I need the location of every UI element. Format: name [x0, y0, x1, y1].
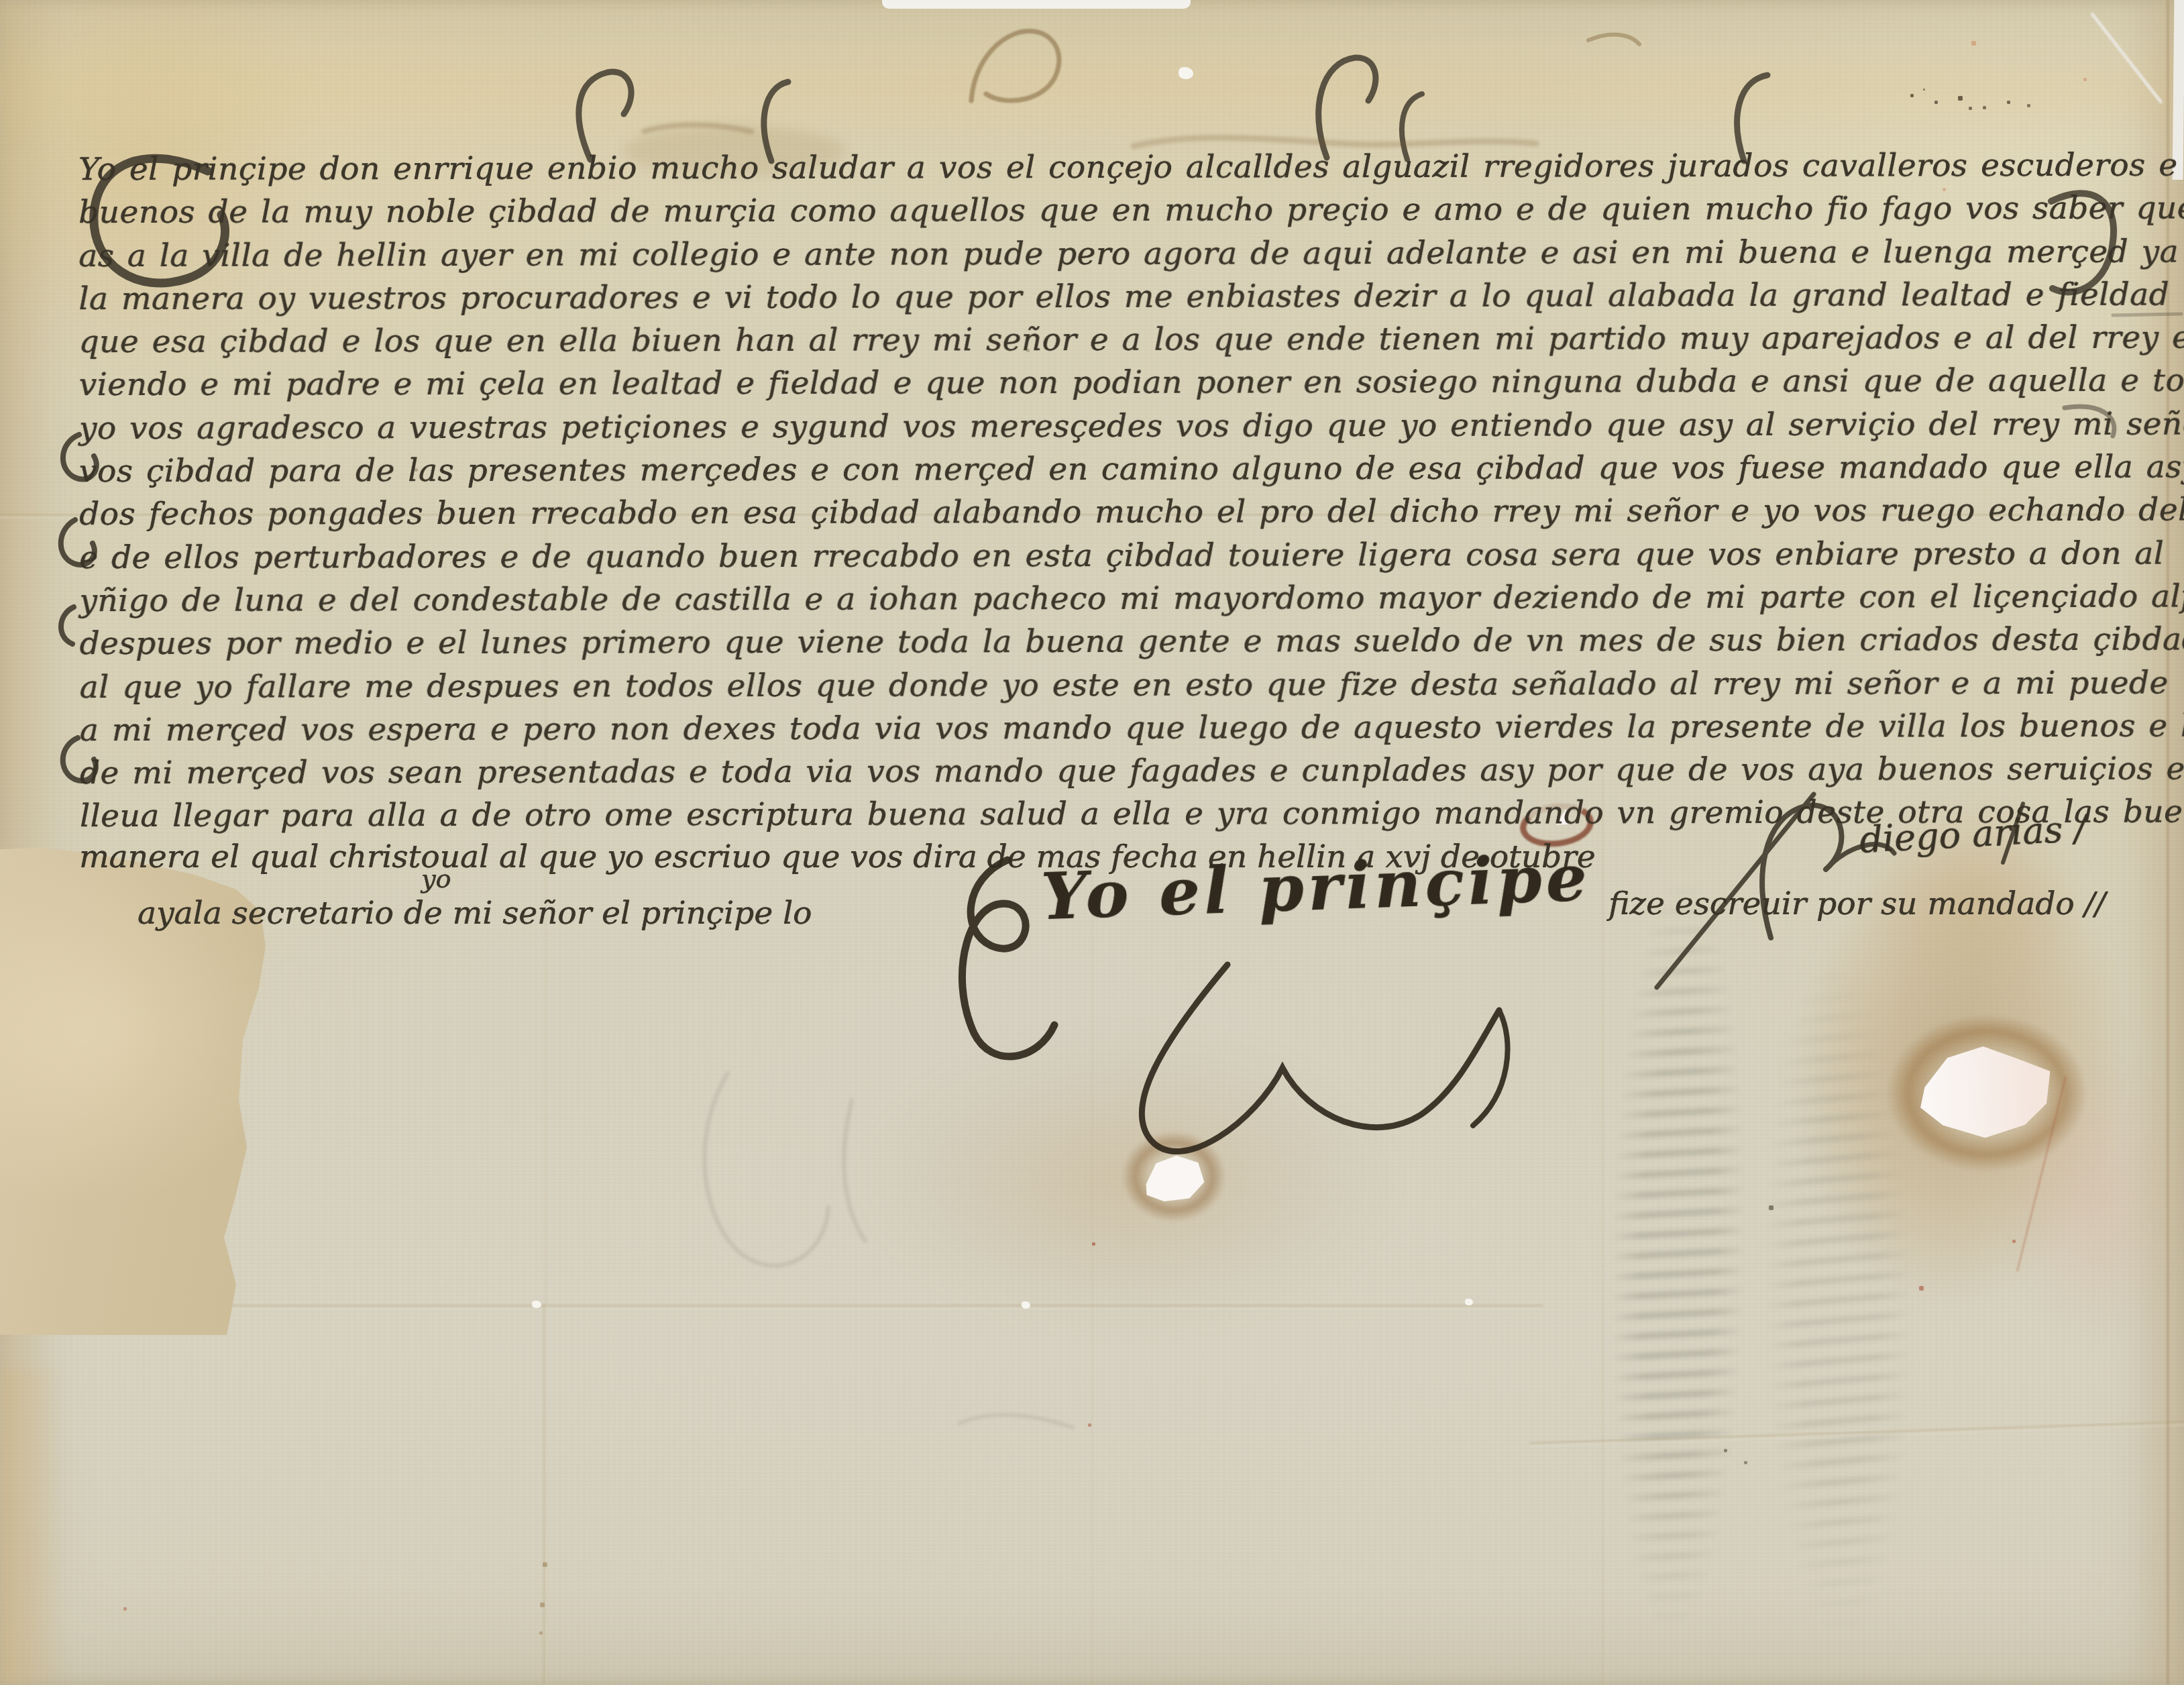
manuscript-scan: Yo el prinçipe don enrrique enbio mucho …: [0, 0, 2184, 1685]
secretary-line-left: ayala secretario de mi señor el prinçipe…: [138, 892, 875, 935]
text-line: viendo e mi padre e mi çela en lealtad e…: [79, 360, 2122, 407]
top-edge-backing-sliver: [882, 0, 1191, 9]
fold-fleck-1: [532, 1301, 541, 1308]
letter-body: Yo el prinçipe don enrrique enbio mucho …: [78, 144, 2123, 838]
bleedthrough-text-band-2: [1758, 958, 1918, 1645]
text-line: despues por medio e el lunes primero que…: [79, 618, 2122, 666]
text-line: buenos de la muy noble çibdad de murçia …: [78, 187, 2122, 235]
fold-fleck-2: [1022, 1301, 1030, 1309]
text-line: dos fechos pongades buen rrecabdo en esa…: [79, 489, 2122, 537]
bottom-left-toning: [0, 1368, 67, 1685]
text-line: Yo el prinçipe don enrrique enbio mucho …: [78, 144, 2122, 192]
text-line: a mi merçed vos espera e pero non dexes …: [80, 705, 2123, 753]
text-line: e de ellos perturbadores e de quando bue…: [79, 532, 2122, 580]
text-line: lleua llegar para alla a de otro ome esc…: [80, 791, 2123, 838]
fold-fleck-3: [1465, 1299, 1473, 1305]
text-line: que esa çibdad e los que en ella biuen h…: [78, 317, 2122, 364]
text-line: al que yo fallare me despues en todos el…: [80, 661, 2123, 709]
text-line: yo vos agradesco a vuestras petiçiones e…: [79, 403, 2122, 451]
text-line: as a la villa de hellin ayer en mi colle…: [78, 230, 2122, 278]
interlinear-word: yo: [421, 864, 451, 893]
fold-crease-vertical-1-lower: [543, 1305, 547, 1685]
stain-top-band: [0, 37, 2184, 144]
paper-fleck: [1179, 67, 1193, 79]
text-line: yñigo de luna e del condestable de casti…: [79, 576, 2122, 623]
fold-crease-vertical-2: [1092, 838, 1096, 1685]
text-line: de mi merçed vos sean presentadas e toda…: [80, 748, 2123, 796]
secretary-line-right: fize escreuir por su mandado //: [1608, 883, 2101, 926]
red-specks: [0, 0, 1, 1]
fold-crease-vertical-3: [1602, 765, 1606, 1685]
text-line: vos çibdad para de las presentes merçede…: [79, 446, 2122, 494]
bleedthrough-text-band-1: [1604, 871, 1752, 1637]
text-line: la manera oy vuestros procuradores e vi …: [78, 274, 2122, 321]
